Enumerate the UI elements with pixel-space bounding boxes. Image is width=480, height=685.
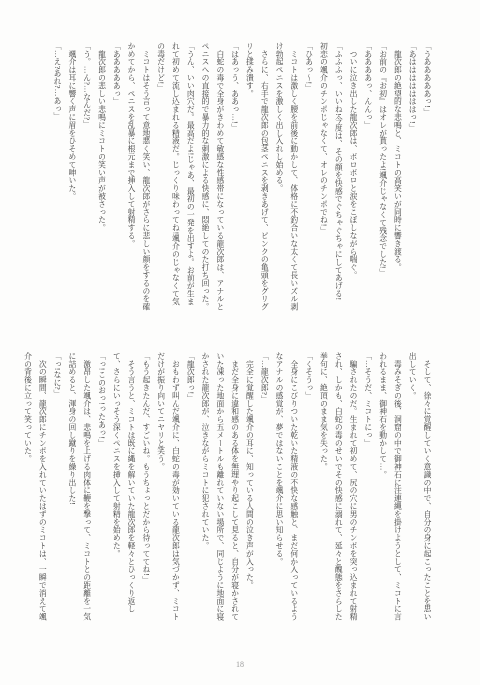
text-line: 介の背後に立って笑っていた。 xyxy=(20,352,35,622)
text-line: 「っ!なに?」 xyxy=(49,352,64,622)
text-line: 龍次郎の絶望的な悲鳴と、ミコトの高笑いが同時に響き渡る。 xyxy=(390,42,405,312)
text-line: 「ひあっ〜!」 xyxy=(301,42,316,312)
text-line: ペニスへの直接的で暴力的な刺激による快感に、悶絶してのた打ち回った。 xyxy=(197,42,212,312)
text-line: まだ全身に違和感のある体を無理やり起こして見ると、自分が寝かされて xyxy=(227,352,242,622)
text-line: 騙されたのだ。生まれて初めて、尻の穴に男のチンポを突っ込まれて射精 xyxy=(345,352,360,622)
text-line: そう言うと、ミコトは既に縄を解いていた龍次郎を軽々とひっくり返し xyxy=(123,352,138,622)
text-line: て、さらにいっそう深くペニスを挿入して射精を始めた。 xyxy=(108,352,123,622)
text-line: け勃起ペニスを激しく出し入れし始める。 xyxy=(271,42,286,312)
text-line: かされた龍次郎が、泣きながらミコトに犯されていた。 xyxy=(197,352,212,622)
page-number: 18 xyxy=(0,660,480,669)
text-line: 「…龍次郎?」 xyxy=(256,352,271,622)
text-line: 「もう起きたんだ、すごいね。もうちょっとだから待っててね!」 xyxy=(138,352,153,622)
text-line: され、しかも、白蛇の毒のせいでその快感に溺れて、延々と醜態をさらした xyxy=(330,352,345,622)
text-line: 「あはははははははっ!」 xyxy=(404,42,419,312)
text-line: ミコトはそう言って意地悪く笑い、龍次郎がさらに悲しい顔をするのを確 xyxy=(138,42,153,312)
text-line: 全身にこびりついた乾いた精液の不快な感触と、まだ何か入っているよう xyxy=(286,352,301,622)
text-line: かめてから、ペニスを乱暴に根元まで挿入して射精する。 xyxy=(123,42,138,312)
text-line: 「…そうだ、ミコトにっ」 xyxy=(360,352,375,622)
text-line: 「あああああっ」 xyxy=(108,42,123,312)
text-line: リと揉み潰す。 xyxy=(242,42,257,312)
text-line: 「お前の『お初』はオレが貰ったよ!颯介じゃなくて残念でした!」 xyxy=(375,42,390,312)
text-line: そして、徐々に覚醒していく意識の中で、自分の身に起こったことを思い xyxy=(419,352,434,622)
text-line: だけが振り向いてニヤリと笑う。 xyxy=(153,352,168,622)
lower-text-block: そして、徐々に覚醒していく意識の中で、自分の身に起こったことを思い出していく。 … xyxy=(20,352,434,622)
upper-text-block: 「うあああああっ!」「あはははははははっ!」 龍次郎の絶望的な悲鳴と、ミコトの高… xyxy=(49,42,434,312)
text-line: 「…え?あれ?…あっ」 xyxy=(49,42,64,312)
text-line: なアナルの感覚が、夢ではないことを颯介に思い知らせる。 xyxy=(271,352,286,622)
text-line: 初恋の颯介のチンポじゃなくて、オレのチンポでね!」 xyxy=(316,42,331,312)
text-line: 「う。…ん?…なんだ?」 xyxy=(79,42,94,312)
text-line: おもわず叫んだ颯介に、白蛇の毒が効いている龍次郎は気づかず、ミコト xyxy=(168,352,183,622)
text-line: いた凍った地面から五メートルも離れていない場所で、同じように地面に寝 xyxy=(212,352,227,622)
text-line: 完全に覚醒した颯介の耳に、知っている人間の泣き声が入った。 xyxy=(242,352,257,622)
text-line: 「っ!このおっ!ったあっ!」 xyxy=(94,352,109,622)
text-line: 颯介は耳に響く声に眉をひそめて呻いた。 xyxy=(64,42,79,312)
text-line: 龍次郎の悲しい悲鳴にミコトの笑い声が被さった。 xyxy=(94,42,109,312)
text-line: 出していく。 xyxy=(404,352,419,622)
text-line: 「はあっう、ああっ…!」 xyxy=(227,42,242,312)
document-page: 「うあああああっ!」「あはははははははっ!」 龍次郎の絶望的な悲鳴と、ミコトの高… xyxy=(0,0,480,685)
text-line: 白蛇の毒で全身がきわめて敏感な性感帯になっている龍次郎は、アナルと xyxy=(212,42,227,312)
text-line: 次の瞬間、龍次郎にチンポを入れていたはずのミコトは、一瞬で消えて颯 xyxy=(34,352,49,622)
text-line: れて初めて流し込まれる精液だ。じっくり味わってね!颯介のじゃなくて気 xyxy=(168,42,183,312)
text-line: 挙句に、絶頂のまま気を失った。 xyxy=(316,352,331,622)
text-line: ミコトは激しく腰を前後に動かして、体格に不釣合いな太くて長いズル剥 xyxy=(286,42,301,312)
text-line: われるまま、御神石を動かして…。 xyxy=(375,352,390,622)
text-line: 「ああああっ、んんっ」 xyxy=(360,42,375,312)
text-line: 「くそうっ」 xyxy=(301,352,316,622)
text-line: 「うあああああっ!」 xyxy=(419,42,434,312)
text-line: ついに泣き出した龍次郎は、ボロボロと涙をこぼしながら喘ぐ。 xyxy=(345,42,360,312)
text-line: 「ふふふっ、いいね!今度は、その顔を快感でぐちゃぐちゃにしてあげる! xyxy=(330,42,345,312)
text-line: 毒みそぎの後、洞窟の中で御神石に注連縄を掛けようとして、ミコトに言 xyxy=(390,352,405,622)
text-line: 激昂した颯介は、悲鳴を上げる肉体に鞭を撃って、ミコトとの距離を一気 xyxy=(79,352,94,622)
text-line: に詰めると、渾身の回し蹴りを繰り出した! xyxy=(64,352,79,622)
text-line: の毒だけど!」 xyxy=(153,42,168,312)
text-line: さらに、右手で龍次郎の包茎ペニスを剥きあげて、ピンクの亀頭をグリグ xyxy=(256,42,271,312)
text-line: 「うん、いい肉穴だ。最高だよ!じゃあ、最初の一発を出すよ。お前が生ま xyxy=(182,42,197,312)
text-line: 「龍次郎っ!」 xyxy=(182,352,197,622)
